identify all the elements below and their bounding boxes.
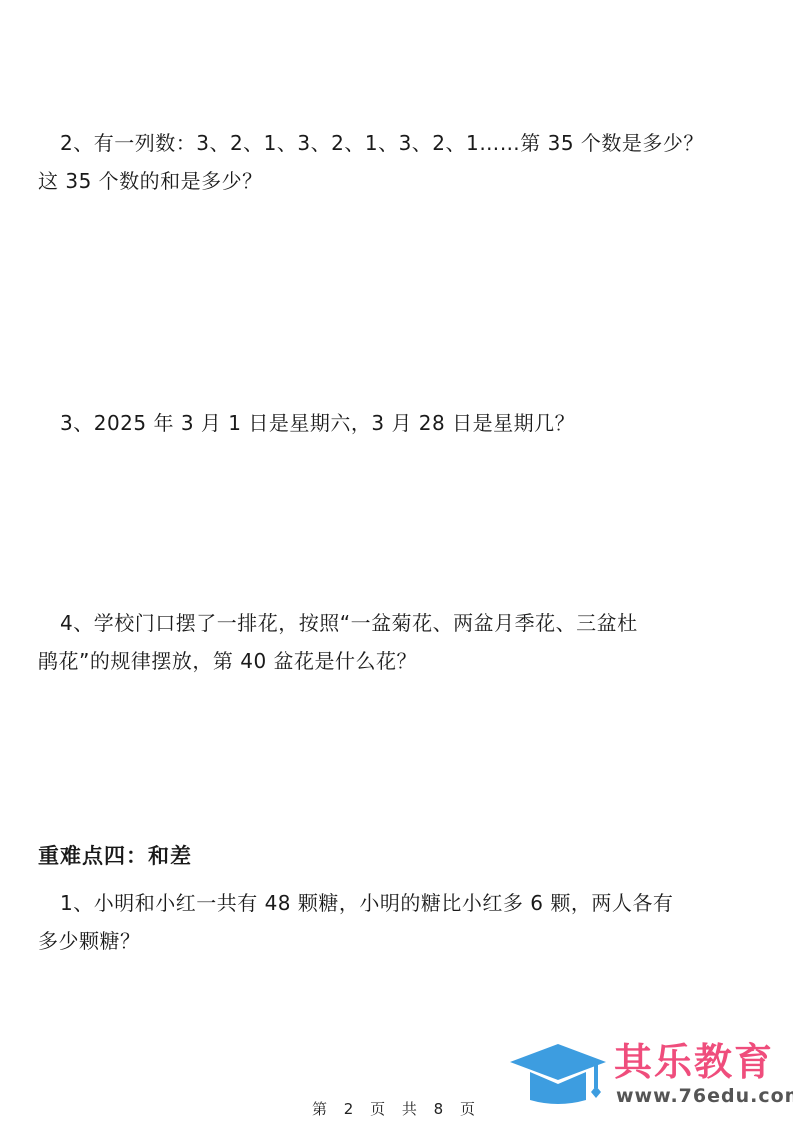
question-2: 2、有一列数：3、2、1、3、2、1、3、2、1……第 35 个数是多少？ 这 … bbox=[38, 124, 758, 200]
section-heading: 重难点四：和差 bbox=[38, 840, 192, 870]
brand-title: 其乐教育 bbox=[614, 1040, 774, 1084]
question-3: 3、2025 年 3 月 1 日是星期六，3 月 28 日是星期几？ bbox=[38, 404, 758, 442]
question-3-line1: 3、2025 年 3 月 1 日是星期六，3 月 28 日是星期几？ bbox=[60, 411, 575, 435]
question-2-line1: 2、有一列数：3、2、1、3、2、1、3、2、1……第 35 个数是多少？ bbox=[60, 131, 704, 155]
page-number: 第 2 页 共 8 页 bbox=[0, 1098, 793, 1119]
section-question-1: 1、小明和小红一共有 48 颗糖，小明的糖比小红多 6 颗，两人各有 多少颗糖？ bbox=[38, 884, 758, 960]
section-question-1-line1: 1、小明和小红一共有 48 颗糖，小明的糖比小红多 6 颗，两人各有 bbox=[60, 891, 673, 915]
question-4: 4、学校门口摆了一排花，按照“一盆菊花、两盆月季花、三盆杜 鹃花”的规律摆放，第… bbox=[38, 604, 758, 680]
section-question-1-line2: 多少颗糖？ bbox=[38, 922, 758, 960]
question-4-line1: 4、学校门口摆了一排花，按照“一盆菊花、两盆月季花、三盆杜 bbox=[60, 611, 638, 635]
question-2-line2: 这 35 个数的和是多少？ bbox=[38, 162, 758, 200]
question-4-line2: 鹃花”的规律摆放，第 40 盆花是什么花？ bbox=[38, 642, 758, 680]
